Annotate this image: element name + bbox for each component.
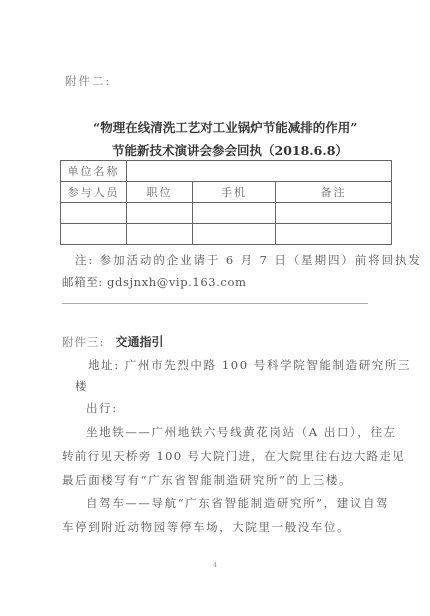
table-cell[interactable] (61, 203, 127, 224)
attachment2-label: 附件二: (65, 73, 111, 89)
table-row: 单位名称 (61, 161, 392, 182)
table-cell[interactable] (127, 224, 193, 245)
col-remarks: 备注 (276, 182, 392, 203)
table-cell[interactable] (127, 203, 193, 224)
table-row (61, 224, 392, 245)
drive-line2: 车停到附近动物园等停车场，大院里一般没车位。 (62, 519, 350, 535)
travel-label: 出行: (86, 400, 118, 416)
table-cell[interactable] (193, 224, 276, 245)
table-cell[interactable] (193, 203, 276, 224)
table-cell[interactable] (61, 224, 127, 245)
col-participant: 参与人员 (61, 182, 127, 203)
note-line1: 注: 参加活动的企业请于 6 月 7 日（星期四）前将回执发 (75, 252, 422, 268)
attachment3-label: 附件三: (62, 335, 104, 349)
attachment3-heading: 附件三: 交通指引 (62, 331, 163, 350)
address-line2: 楼 (75, 378, 88, 394)
company-name-cell[interactable] (127, 161, 392, 182)
registration-table: 单位名称 参与人员 职位 手机 备注 (60, 160, 392, 245)
metro-line2: 转前行见天桥旁 100 号大院门进，在大院里往右边大路走见 (62, 448, 405, 464)
drive-line1: 自驾车——导航“广东省智能制造研究所”，建议自驾 (86, 495, 389, 511)
note-line2: 邮箱至: gdsjnxh@vip.163.com (62, 274, 247, 290)
col-position: 职位 (127, 182, 193, 203)
address-line1: 地址: 广州市先烈中路 100 号科学院智能制造研究所三 (88, 357, 411, 373)
company-name-label: 单位名称 (61, 161, 127, 182)
document-title-line2: 节能新技术演讲会参会回执（2018.6.8） (112, 141, 348, 159)
document-title-line1: “物理在线清洗工艺对工业锅炉节能减排的作用” (93, 118, 357, 136)
metro-line3: 最后面楼写有“广东省智能制造研究所”的上三楼。 (62, 472, 352, 488)
table-cell[interactable] (276, 203, 392, 224)
traffic-guide-title: 交通指引 (115, 335, 163, 349)
page-number: 4 (213, 562, 217, 569)
table-row (61, 203, 392, 224)
col-phone: 手机 (193, 182, 276, 203)
table-header-row: 参与人员 职位 手机 备注 (61, 182, 392, 203)
divider-line (62, 303, 368, 304)
table-cell[interactable] (276, 224, 392, 245)
metro-line1: 坐地铁——广州地铁六号线黄花岗站（A 出口），往左 (86, 424, 397, 440)
